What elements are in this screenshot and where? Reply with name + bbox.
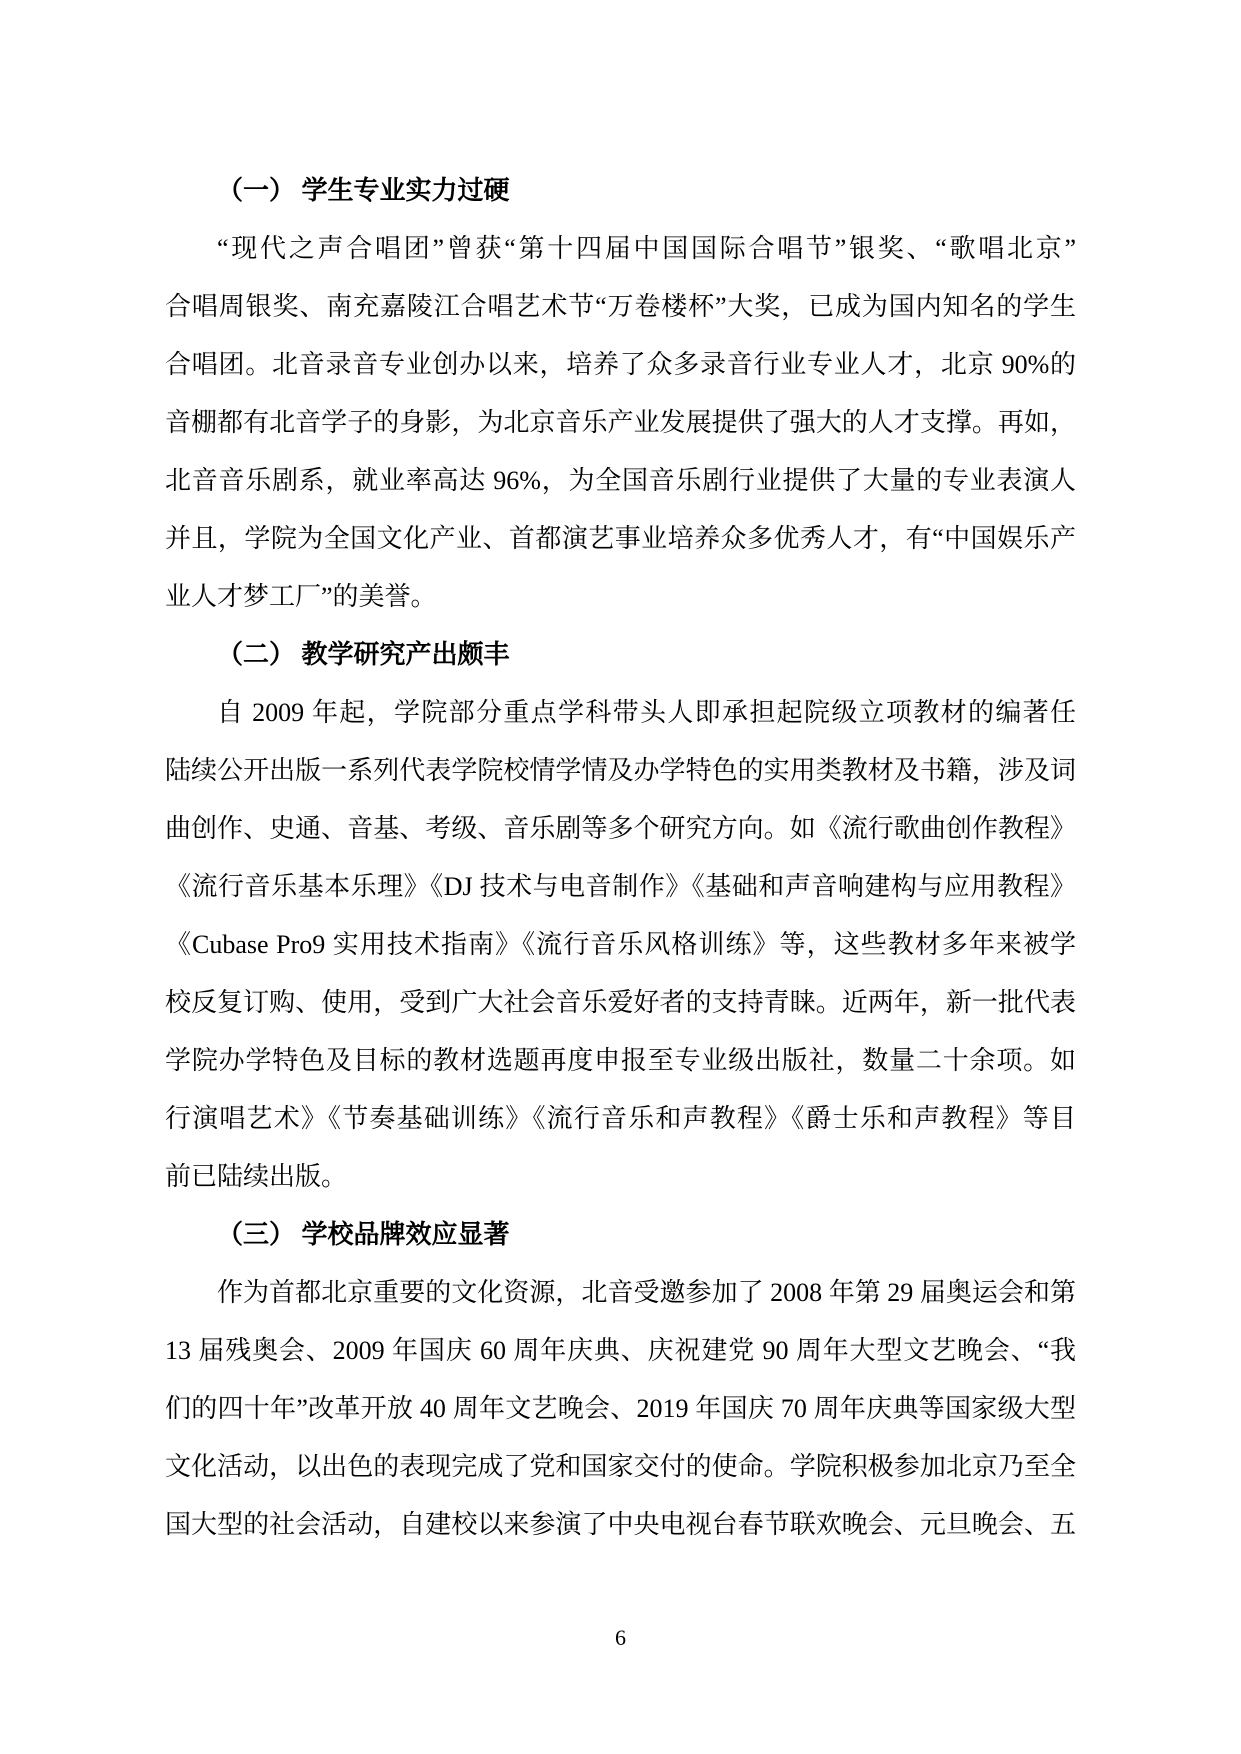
paragraph-line: 13 届残奥会、2009 年国庆 60 周年庆典、庆祝建党 90 周年大型文艺晚… bbox=[165, 1322, 1076, 1380]
paragraph-line: 并且，学院为全国文化产业、首都演艺事业培养众多优秀人才，有“中国娱乐产 bbox=[165, 510, 1076, 568]
paragraph: 自 2009 年起，学院部分重点学科带头人即承担起院级立项教材的编著任务，陆续公… bbox=[165, 684, 1076, 1206]
paragraph-line: 《流行音乐基本乐理》《DJ 技术与电音制作》《基础和声音响建构与应用教程》 bbox=[165, 858, 1076, 916]
section-heading: （二） 教学研究产出颇丰 bbox=[165, 626, 1076, 684]
paragraph-line: 前已陆续出版。 bbox=[165, 1148, 1076, 1206]
paragraph-line: 陆续公开出版一系列代表学院校情学情及办学特色的实用类教材及书籍，涉及词 bbox=[165, 742, 1076, 800]
paragraph-line: 业人才梦工厂”的美誉。 bbox=[165, 568, 1076, 626]
paragraph-line: 作为首都北京重要的文化资源，北音受邀参加了 2008 年第 29 届奥运会和第 bbox=[165, 1264, 1076, 1322]
document-section-1: （一） 学生专业实力过硬“现代之声合唱团”曾获“第十四届中国国际合唱节”银奖、“… bbox=[165, 162, 1076, 626]
paragraph-line: 音棚都有北音学子的身影，为北京音乐产业发展提供了强大的人才支撑。再如， bbox=[165, 394, 1076, 452]
paragraph-line: 自 2009 年起，学院部分重点学科带头人即承担起院级立项教材的编著任务， bbox=[165, 684, 1076, 742]
paragraph-line: 学院办学特色及目标的教材选题再度申报至专业级出版社，数量二十余项。如《流 bbox=[165, 1032, 1076, 1090]
paragraph-line: 合唱周银奖、南充嘉陵江合唱艺术节“万卷楼杯”大奖，已成为国内知名的学生 bbox=[165, 278, 1076, 336]
document-section-2: （二） 教学研究产出颇丰自 2009 年起，学院部分重点学科带头人即承担起院级立… bbox=[165, 626, 1076, 1206]
section-heading: （一） 学生专业实力过硬 bbox=[165, 162, 1076, 220]
paragraph-line: 们的四十年”改革开放 40 周年文艺晚会、2019 年国庆 70 周年庆典等国家… bbox=[165, 1380, 1076, 1438]
paragraph-line: 文化活动，以出色的表现完成了党和国家交付的使命。学院积极参加北京乃至全 bbox=[165, 1438, 1076, 1496]
paragraph-line: 曲创作、史通、音基、考级、音乐剧等多个研究方向。如《流行歌曲创作教程》 bbox=[165, 800, 1076, 858]
paragraph-line: 《Cubase Pro9 实用技术指南》《流行音乐风格训练》等，这些教材多年来被… bbox=[165, 916, 1076, 974]
paragraph-line: 校反复订购、使用，受到广大社会音乐爱好者的支持青睐。近两年，新一批代表 bbox=[165, 974, 1076, 1032]
document-body: （一） 学生专业实力过硬“现代之声合唱团”曾获“第十四届中国国际合唱节”银奖、“… bbox=[165, 162, 1076, 1554]
paragraph: 作为首都北京重要的文化资源，北音受邀参加了 2008 年第 29 届奥运会和第1… bbox=[165, 1264, 1076, 1554]
page-number: 6 bbox=[0, 1626, 1241, 1650]
section-heading: （三） 学校品牌效应显著 bbox=[165, 1206, 1076, 1264]
paragraph-line: “现代之声合唱团”曾获“第十四届中国国际合唱节”银奖、“歌唱北京” bbox=[165, 220, 1076, 278]
paragraph-line: 行演唱艺术》《节奏基础训练》《流行音乐和声教程》《爵士乐和声教程》等目 bbox=[165, 1090, 1076, 1148]
paragraph-line: 合唱团。北音录音专业创办以来，培养了众多录音行业专业人才，北京 90%的录 bbox=[165, 336, 1076, 394]
paragraph: “现代之声合唱团”曾获“第十四届中国国际合唱节”银奖、“歌唱北京”合唱周银奖、南… bbox=[165, 220, 1076, 626]
paragraph-line: 国大型的社会活动，自建校以来参演了中央电视台春节联欢晚会、元旦晚会、五 bbox=[165, 1496, 1076, 1554]
document-page: （一） 学生专业实力过硬“现代之声合唱团”曾获“第十四届中国国际合唱节”银奖、“… bbox=[0, 0, 1241, 1754]
paragraph-line: 北音音乐剧系，就业率高达 96%，为全国音乐剧行业提供了大量的专业表演人才。 bbox=[165, 452, 1076, 510]
document-section-3: （三） 学校品牌效应显著作为首都北京重要的文化资源，北音受邀参加了 2008 年… bbox=[165, 1206, 1076, 1554]
